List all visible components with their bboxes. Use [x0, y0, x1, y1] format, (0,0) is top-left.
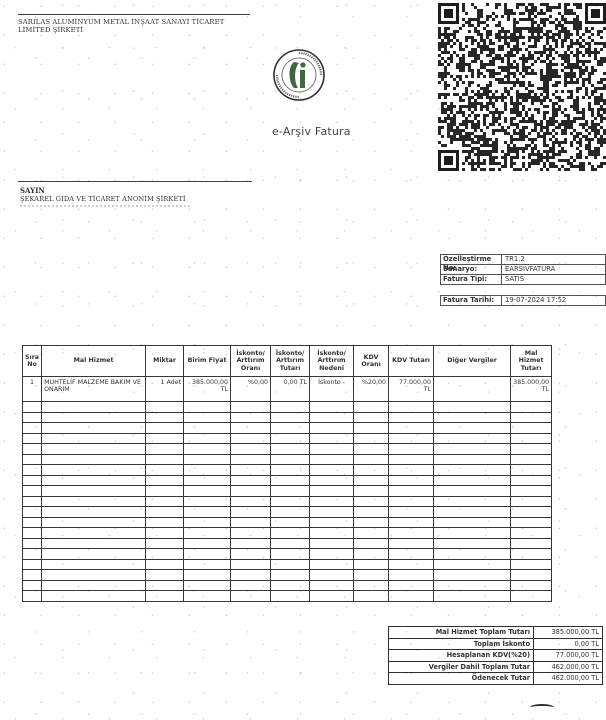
- empty-cell: [231, 433, 271, 444]
- empty-cell: [23, 528, 42, 539]
- empty-cell: [184, 444, 231, 455]
- table-row-empty: [23, 591, 552, 602]
- empty-cell: [511, 402, 552, 413]
- empty-cell: [389, 570, 434, 581]
- empty-cell: [184, 591, 231, 602]
- empty-cell: [511, 549, 552, 560]
- empty-cell: [389, 465, 434, 476]
- document-title: e-Arşiv Fatura: [272, 125, 351, 138]
- empty-cell: [389, 444, 434, 455]
- empty-cell: [511, 517, 552, 528]
- buyer-address-faded: [20, 205, 190, 207]
- totals-value: 0,00 TL: [534, 638, 603, 650]
- col-header-kdv-tutar: KDV Tutarı: [389, 346, 434, 377]
- empty-cell: [23, 591, 42, 602]
- empty-cell: [434, 538, 511, 549]
- empty-cell: [310, 423, 354, 434]
- empty-cell: [271, 507, 310, 518]
- empty-cell: [511, 591, 552, 602]
- col-header-iskonto-neden: İskonto/ Arttırım Nedeni: [310, 346, 354, 377]
- empty-cell: [310, 444, 354, 455]
- table-row-empty: [23, 402, 552, 413]
- table-row-empty: [23, 549, 552, 560]
- empty-cell: [42, 591, 146, 602]
- info-key: Fatura Tipi:: [441, 275, 502, 284]
- empty-cell: [42, 570, 146, 581]
- empty-cell: [354, 570, 389, 581]
- empty-cell: [271, 559, 310, 570]
- seller-divider: [18, 14, 250, 15]
- empty-cell: [184, 517, 231, 528]
- col-header-birim-fiyat: Birim Fiyat: [184, 346, 231, 377]
- empty-cell: [434, 444, 511, 455]
- empty-cell: [389, 433, 434, 444]
- empty-cell: [354, 423, 389, 434]
- empty-cell: [511, 412, 552, 423]
- empty-cell: [23, 496, 42, 507]
- empty-cell: [434, 507, 511, 518]
- empty-cell: [42, 549, 146, 560]
- totals-label: Vergiler Dahil Toplam Tutar: [389, 661, 534, 673]
- empty-cell: [42, 412, 146, 423]
- col-header-diger-vergiler: Diğer Vergiler: [434, 346, 511, 377]
- empty-cell: [42, 517, 146, 528]
- cell-miktar: 1 Adet: [146, 377, 184, 402]
- empty-cell: [389, 423, 434, 434]
- col-header-iskonto-oran: İskonto/ Arttırım Oranı: [231, 346, 271, 377]
- cell-iskonto-tutar: 0,00 TL: [271, 377, 310, 402]
- empty-cell: [271, 549, 310, 560]
- empty-cell: [389, 538, 434, 549]
- empty-cell: [354, 454, 389, 465]
- empty-cell: [310, 570, 354, 581]
- col-header-miktar: Miktar: [146, 346, 184, 377]
- empty-cell: [146, 591, 184, 602]
- empty-cell: [271, 423, 310, 434]
- cell-iskonto-oran: %0,00: [231, 377, 271, 402]
- empty-cell: [310, 559, 354, 570]
- empty-cell: [184, 423, 231, 434]
- empty-cell: [354, 402, 389, 413]
- empty-cell: [434, 454, 511, 465]
- empty-cell: [389, 402, 434, 413]
- totals-value: 77.000,00 TL: [534, 650, 603, 662]
- empty-cell: [231, 475, 271, 486]
- info-row-scenario: Senaryo: EARSIVFATURA: [440, 264, 606, 274]
- empty-cell: [42, 538, 146, 549]
- empty-cell: [389, 591, 434, 602]
- empty-cell: [310, 580, 354, 591]
- empty-cell: [271, 570, 310, 581]
- qr-code-icon: [438, 2, 606, 172]
- table-row-empty: [23, 538, 552, 549]
- empty-cell: [434, 559, 511, 570]
- empty-cell: [42, 507, 146, 518]
- empty-cell: [146, 570, 184, 581]
- empty-cell: [511, 538, 552, 549]
- empty-cell: [184, 433, 231, 444]
- cell-iskonto-neden: İskonto -: [310, 377, 354, 402]
- empty-cell: [354, 433, 389, 444]
- table-row-empty: [23, 528, 552, 539]
- cell-birim-fiyat: 385.000,00 TL: [184, 377, 231, 402]
- empty-cell: [271, 465, 310, 476]
- items-table: Sıra No Mal Hizmet Miktar Birim Fiyat İs…: [22, 345, 552, 602]
- table-row-empty: [23, 423, 552, 434]
- table-row-empty: [23, 465, 552, 476]
- empty-cell: [434, 570, 511, 581]
- empty-cell: [23, 570, 42, 581]
- empty-cell: [310, 528, 354, 539]
- empty-cell: [354, 580, 389, 591]
- empty-cell: [389, 507, 434, 518]
- empty-cell: [511, 475, 552, 486]
- totals-label: Ödenecek Tutar: [389, 673, 534, 685]
- empty-cell: [310, 591, 354, 602]
- table-row-empty: [23, 496, 552, 507]
- empty-cell: [23, 538, 42, 549]
- empty-cell: [310, 465, 354, 476]
- empty-cell: [271, 580, 310, 591]
- empty-cell: [231, 538, 271, 549]
- empty-cell: [434, 517, 511, 528]
- empty-cell: [271, 444, 310, 455]
- empty-cell: [146, 402, 184, 413]
- col-header-tutar: Mal Hizmet Tutarı: [511, 346, 552, 377]
- totals-row-payable: Ödenecek Tutar 462.000,00 TL: [389, 673, 603, 685]
- empty-cell: [511, 496, 552, 507]
- empty-cell: [42, 496, 146, 507]
- table-row-empty: [23, 412, 552, 423]
- empty-cell: [146, 433, 184, 444]
- totals-label: Hesaplanan KDV(%20): [389, 650, 534, 662]
- cell-diger-vergiler: [434, 377, 511, 402]
- totals-row-total-incl-tax: Vergiler Dahil Toplam Tutar 462.000,00 T…: [389, 661, 603, 673]
- empty-cell: [354, 412, 389, 423]
- table-row-empty: [23, 517, 552, 528]
- empty-cell: [42, 580, 146, 591]
- empty-cell: [511, 465, 552, 476]
- empty-cell: [354, 591, 389, 602]
- empty-cell: [146, 465, 184, 476]
- empty-cell: [310, 496, 354, 507]
- empty-cell: [184, 528, 231, 539]
- empty-cell: [184, 454, 231, 465]
- buyer-divider: [18, 181, 252, 182]
- table-row-empty: [23, 570, 552, 581]
- cell-mal-hizmet: MUHTELİF MALZEME BAKIM VE ONARIM: [42, 377, 146, 402]
- table-row-empty: [23, 444, 552, 455]
- empty-cell: [271, 591, 310, 602]
- info-value: EARSIVFATURA: [502, 265, 605, 274]
- info-key: Senaryo:: [441, 265, 502, 274]
- empty-cell: [231, 444, 271, 455]
- table-row-empty: [23, 559, 552, 570]
- gib-seal-icon: [272, 48, 326, 102]
- empty-cell: [23, 402, 42, 413]
- empty-cell: [23, 549, 42, 560]
- empty-cell: [231, 496, 271, 507]
- empty-cell: [184, 538, 231, 549]
- empty-cell: [231, 580, 271, 591]
- empty-cell: [354, 465, 389, 476]
- empty-cell: [184, 559, 231, 570]
- empty-cell: [511, 559, 552, 570]
- empty-cell: [434, 412, 511, 423]
- empty-cell: [511, 444, 552, 455]
- cell-kdv-oran: %20,00: [354, 377, 389, 402]
- empty-cell: [310, 538, 354, 549]
- empty-cell: [310, 549, 354, 560]
- empty-cell: [231, 517, 271, 528]
- totals-value: 385.000,00 TL: [534, 627, 603, 639]
- seller-name: SARILAS ALUMİNYUM METAL İNŞAAT SANAYİ Tİ…: [18, 18, 258, 34]
- empty-cell: [23, 423, 42, 434]
- empty-cell: [271, 454, 310, 465]
- empty-cell: [184, 580, 231, 591]
- empty-cell: [231, 528, 271, 539]
- empty-cell: [231, 549, 271, 560]
- info-value: TR1.2: [502, 255, 605, 264]
- empty-cell: [146, 423, 184, 434]
- totals-value: 462.000,00 TL: [534, 673, 603, 685]
- totals-label: Mal Hizmet Toplam Tutarı: [389, 627, 534, 639]
- empty-cell: [271, 538, 310, 549]
- empty-cell: [231, 402, 271, 413]
- empty-cell: [23, 486, 42, 497]
- info-row-invoice-type: Fatura Tipi: SATIS: [440, 274, 606, 285]
- empty-cell: [146, 517, 184, 528]
- empty-cell: [231, 454, 271, 465]
- empty-cell: [231, 423, 271, 434]
- empty-cell: [23, 412, 42, 423]
- totals-label: Toplam İskonto: [389, 638, 534, 650]
- info-value: 19-07-2024 17:52: [502, 296, 605, 305]
- table-row-empty: [23, 433, 552, 444]
- table-row-empty: [23, 486, 552, 497]
- empty-cell: [434, 486, 511, 497]
- empty-cell: [511, 528, 552, 539]
- empty-cell: [146, 538, 184, 549]
- empty-cell: [231, 570, 271, 581]
- invoice-info-box: Özelleştirme No: TR1.2 Senaryo: EARSIVFA…: [440, 254, 606, 306]
- empty-cell: [231, 591, 271, 602]
- empty-cell: [354, 559, 389, 570]
- info-row-customization: Özelleştirme No: TR1.2: [440, 254, 606, 264]
- totals-table: Mal Hizmet Toplam Tutarı 385.000,00 TL T…: [388, 626, 603, 685]
- empty-cell: [389, 412, 434, 423]
- empty-cell: [354, 496, 389, 507]
- empty-cell: [184, 570, 231, 581]
- empty-cell: [146, 507, 184, 518]
- empty-cell: [310, 454, 354, 465]
- empty-cell: [146, 580, 184, 591]
- empty-cell: [271, 475, 310, 486]
- empty-cell: [434, 496, 511, 507]
- empty-cell: [511, 570, 552, 581]
- empty-cell: [231, 486, 271, 497]
- empty-cell: [23, 475, 42, 486]
- empty-cell: [354, 507, 389, 518]
- cell-tutar: 385.000,00 TL: [511, 377, 552, 402]
- empty-cell: [434, 423, 511, 434]
- empty-cell: [354, 444, 389, 455]
- empty-cell: [23, 444, 42, 455]
- empty-cell: [42, 475, 146, 486]
- empty-cell: [146, 528, 184, 539]
- empty-cell: [310, 433, 354, 444]
- empty-cell: [389, 496, 434, 507]
- empty-cell: [434, 528, 511, 539]
- empty-cell: [23, 559, 42, 570]
- empty-cell: [42, 486, 146, 497]
- empty-cell: [310, 486, 354, 497]
- totals-value: 462.000,00 TL: [534, 661, 603, 673]
- empty-cell: [389, 528, 434, 539]
- empty-cell: [434, 433, 511, 444]
- empty-cell: [146, 454, 184, 465]
- empty-cell: [389, 517, 434, 528]
- empty-cell: [354, 517, 389, 528]
- buyer-name: ŞEKAREL GIDA VE TİCARET ANONİM ŞİRKETİ: [20, 195, 186, 203]
- empty-cell: [42, 423, 146, 434]
- empty-cell: [434, 465, 511, 476]
- empty-cell: [42, 433, 146, 444]
- empty-cell: [434, 580, 511, 591]
- empty-cell: [146, 412, 184, 423]
- empty-cell: [42, 465, 146, 476]
- col-header-kdv-oran: KDV Oranı: [354, 346, 389, 377]
- empty-cell: [184, 475, 231, 486]
- empty-cell: [146, 559, 184, 570]
- empty-cell: [271, 528, 310, 539]
- empty-cell: [511, 580, 552, 591]
- table-row-empty: [23, 580, 552, 591]
- empty-cell: [511, 423, 552, 434]
- items-header-row: Sıra No Mal Hizmet Miktar Birim Fiyat İs…: [23, 346, 552, 377]
- cell-sira: 1: [23, 377, 42, 402]
- table-row-empty: [23, 507, 552, 518]
- col-header-sira: Sıra No: [23, 346, 42, 377]
- empty-cell: [389, 559, 434, 570]
- empty-cell: [23, 507, 42, 518]
- empty-cell: [354, 538, 389, 549]
- signature-mark: [530, 704, 554, 711]
- empty-cell: [511, 486, 552, 497]
- cell-kdv-tutar: 77.000,00 TL: [389, 377, 434, 402]
- col-header-iskonto-tutar: İskonto/ Arttırım Tutarı: [271, 346, 310, 377]
- empty-cell: [231, 412, 271, 423]
- empty-cell: [23, 517, 42, 528]
- empty-cell: [354, 486, 389, 497]
- empty-cell: [310, 412, 354, 423]
- empty-cell: [146, 486, 184, 497]
- empty-cell: [184, 465, 231, 476]
- empty-cell: [42, 528, 146, 539]
- info-value: SATIS: [502, 275, 605, 284]
- empty-cell: [271, 402, 310, 413]
- empty-cell: [184, 412, 231, 423]
- empty-cell: [23, 454, 42, 465]
- empty-cell: [389, 454, 434, 465]
- buyer-label: SAYIN: [20, 186, 45, 195]
- empty-cell: [354, 549, 389, 560]
- empty-cell: [231, 559, 271, 570]
- empty-cell: [271, 496, 310, 507]
- empty-cell: [310, 475, 354, 486]
- empty-cell: [146, 496, 184, 507]
- empty-cell: [310, 507, 354, 518]
- empty-cell: [42, 559, 146, 570]
- empty-cell: [271, 412, 310, 423]
- empty-cell: [434, 402, 511, 413]
- empty-cell: [271, 433, 310, 444]
- empty-cell: [184, 549, 231, 560]
- empty-cell: [146, 475, 184, 486]
- empty-cell: [511, 454, 552, 465]
- empty-cell: [42, 444, 146, 455]
- empty-cell: [434, 549, 511, 560]
- empty-cell: [310, 517, 354, 528]
- empty-cell: [354, 475, 389, 486]
- table-row-empty: [23, 475, 552, 486]
- col-header-mal-hizmet: Mal Hizmet: [42, 346, 146, 377]
- totals-row-discount: Toplam İskonto 0,00 TL: [389, 638, 603, 650]
- empty-cell: [184, 402, 231, 413]
- empty-cell: [389, 486, 434, 497]
- totals-row-vat: Hesaplanan KDV(%20) 77.000,00 TL: [389, 650, 603, 662]
- empty-cell: [184, 507, 231, 518]
- empty-cell: [389, 580, 434, 591]
- empty-cell: [146, 549, 184, 560]
- table-row-empty: [23, 454, 552, 465]
- empty-cell: [511, 507, 552, 518]
- empty-cell: [310, 402, 354, 413]
- empty-cell: [231, 507, 271, 518]
- empty-cell: [271, 517, 310, 528]
- empty-cell: [434, 591, 511, 602]
- table-row: 1 MUHTELİF MALZEME BAKIM VE ONARIM 1 Ade…: [23, 377, 552, 402]
- empty-cell: [184, 486, 231, 497]
- empty-cell: [23, 580, 42, 591]
- empty-cell: [271, 486, 310, 497]
- empty-cell: [354, 528, 389, 539]
- empty-cell: [42, 454, 146, 465]
- empty-cell: [42, 402, 146, 413]
- empty-cell: [184, 496, 231, 507]
- info-row-invoice-date: Fatura Tarihi: 19-07-2024 17:52: [440, 295, 606, 306]
- empty-cell: [389, 475, 434, 486]
- empty-cell: [231, 465, 271, 476]
- empty-cell: [511, 433, 552, 444]
- empty-cell: [23, 465, 42, 476]
- empty-cell: [434, 475, 511, 486]
- empty-cell: [23, 433, 42, 444]
- info-key: Fatura Tarihi:: [441, 296, 502, 305]
- info-key: Özelleştirme No:: [441, 255, 502, 264]
- empty-cell: [146, 444, 184, 455]
- totals-row-subtotal: Mal Hizmet Toplam Tutarı 385.000,00 TL: [389, 627, 603, 639]
- empty-cell: [389, 549, 434, 560]
